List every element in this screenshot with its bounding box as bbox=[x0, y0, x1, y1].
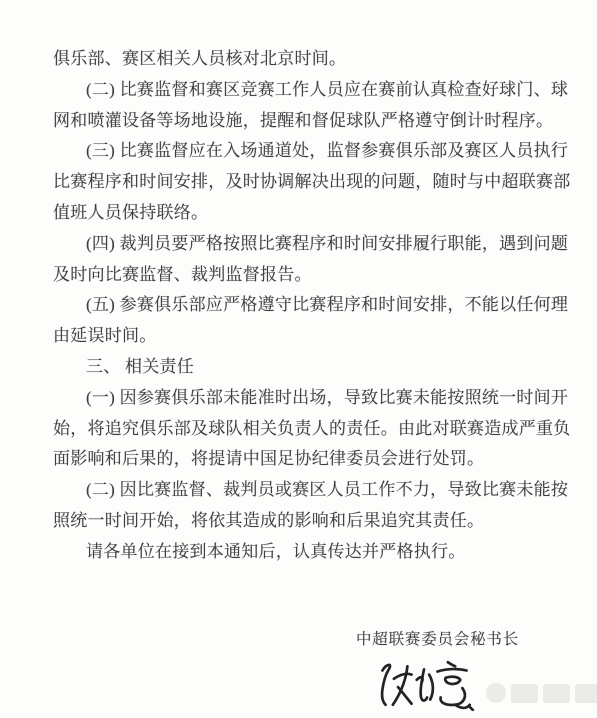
document-page: 俱乐部、赛区相关人员核对北京时间。(二) 比赛监督和赛区竞赛工作人员应在赛前认真… bbox=[0, 0, 597, 718]
watermark-text-block bbox=[575, 684, 597, 703]
text-line: 网和喷灌设备等场地设施，提醒和督促球队严格遵守倒计时程序。 bbox=[53, 106, 583, 137]
watermark-text-block bbox=[511, 684, 538, 703]
document-body: 俱乐部、赛区相关人员核对北京时间。(二) 比赛监督和赛区竞赛工作人员应在赛前认真… bbox=[53, 44, 583, 568]
watermark-text-block bbox=[543, 684, 570, 703]
section-heading: 三、 相关责任 bbox=[53, 352, 583, 383]
text-line: 俱乐部、赛区相关人员核对北京时间。 bbox=[53, 44, 583, 75]
text-line: 面影响和后果的，将提请中国足协纪律委员会进行处罚。 bbox=[53, 444, 583, 475]
text-line: 比赛程序和时间安排，及时协调解决出现的问题，随时与中超联赛部 bbox=[53, 167, 583, 198]
text-line: 照统一时间开始，将依其造成的影响和后果追究其责任。 bbox=[53, 506, 583, 537]
watermark-logo-icon bbox=[486, 683, 506, 703]
text-line: (二) 因比赛监督、裁判员或赛区人员工作不力，导致比赛未能按 bbox=[53, 475, 583, 506]
text-line: (四) 裁判员要严格按照比赛程序和时间安排履行职能，遇到问题 bbox=[53, 229, 583, 260]
text-line: 由延误时间。 bbox=[53, 321, 583, 352]
text-line: 值班人员保持联络。 bbox=[53, 198, 583, 229]
text-line: 及时向比赛监督、裁判监督报告。 bbox=[53, 260, 583, 291]
watermark bbox=[486, 683, 597, 703]
text-line: (二) 比赛监督和赛区竞赛工作人员应在赛前认真检查好球门、球 bbox=[53, 75, 583, 106]
signature-handwriting-icon bbox=[372, 657, 476, 711]
text-line: (三) 比赛监督应在入场通道处，监督参赛俱乐部及赛区人员执行 bbox=[53, 136, 583, 167]
text-line: (一) 因参赛俱乐部未能准时出场，导致比赛未能按照统一时间开 bbox=[53, 383, 583, 414]
text-line: (五) 参赛俱乐部应严格遵守比赛程序和时间安排，不能以任何理 bbox=[53, 290, 583, 321]
signoff-title: 中超联赛委员会秘书长 bbox=[356, 630, 519, 650]
text-line: 请各单位在接到本通知后，认真传达并严格执行。 bbox=[53, 537, 583, 568]
text-line: 始，将追究俱乐部及球队相关负责人的责任。由此对联赛造成严重负 bbox=[53, 414, 583, 445]
